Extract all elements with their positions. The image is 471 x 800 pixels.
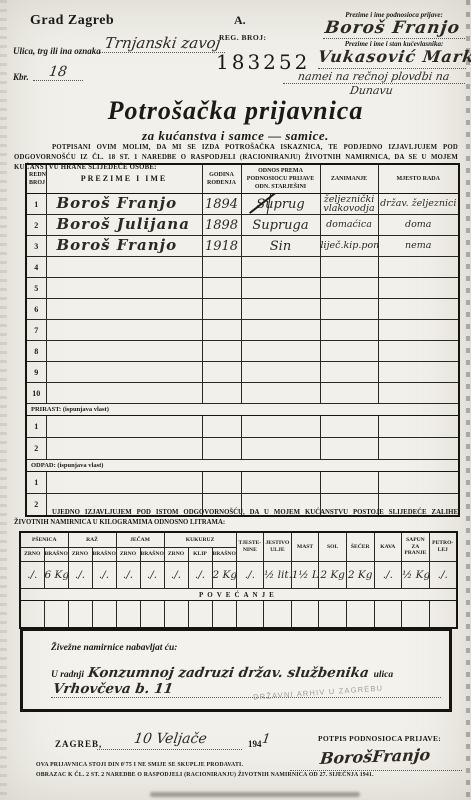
employment-note-line1: namei na rečnoj plovdbi na: [283, 70, 465, 84]
col-sol: SOL: [319, 532, 347, 562]
supply-value: ./.: [147, 569, 157, 581]
supply-value: ./.: [99, 569, 109, 581]
col-kava: KAVA: [374, 532, 402, 562]
shop-street-label: ulica: [374, 670, 394, 680]
food-supplies-table: PŠENICA RAŽ JEČAM KUKURUZ TJESTE- NINE J…: [19, 531, 458, 629]
landlord-name-line: [318, 68, 466, 69]
consumer-registration-form: Grad Zagreb A. REG. BROJ: 183252 Ulica, …: [0, 0, 471, 800]
date-line: [97, 749, 242, 750]
supplies-group-header-row: PŠENICA RAŽ JEČAM KUKURUZ TJESTE- NINE J…: [20, 532, 457, 548]
household-members-table: REDNI BROJ PREZIME I IME GODINA ROĐENJA …: [25, 163, 460, 517]
member-row-7: 7: [26, 320, 459, 341]
group-psenica: PŠENICA: [20, 532, 68, 548]
supply-value: 6 Kg: [45, 569, 69, 581]
povecanje-band: POVEĆANJE: [20, 589, 457, 601]
member-row-10: 10: [26, 383, 459, 404]
signature-handwritten: BorošFranjo: [300, 744, 451, 768]
member-relation-handwritten: Supruga: [252, 218, 308, 233]
landlord-name-handwritten: Vukasović Marko: [318, 47, 466, 66]
member-row-5: 5: [26, 278, 459, 299]
member-relation-handwritten: Sin: [270, 239, 291, 254]
member-relation-handwritten: Suprug: [256, 197, 305, 212]
group-raz: RAŽ: [68, 532, 116, 548]
member-name-handwritten: Boroš Franjo: [47, 194, 202, 212]
supply-value: ./.: [27, 569, 37, 581]
house-number-label: Kbr.: [13, 72, 29, 82]
group-kukuruz: KUKURUZ: [164, 532, 236, 548]
supply-value: ./.: [75, 569, 85, 581]
purchase-box-title: Živežne namirnice nabavljat ću:: [51, 643, 177, 653]
odpad-row-1: 1: [26, 472, 459, 494]
supply-value: ./.: [383, 569, 393, 581]
member-name-handwritten: Boroš Julijana: [47, 215, 202, 233]
member-row-9: 9: [26, 362, 459, 383]
member-name-handwritten: Boroš Franjo: [47, 236, 202, 254]
col-header-zanimanje: ZANIMANJE: [320, 164, 378, 194]
member-row-4: 4: [26, 257, 459, 278]
date-handwritten: 10 Veljače: [100, 731, 240, 747]
city-title: Grad Zagreb: [30, 13, 114, 29]
signature-line: [290, 770, 462, 771]
year-digit-handwritten: 1: [262, 732, 270, 747]
fine-print-regulation: OBRAZAC K ČL. 2 ST. 2 NAREDBE O RASPODJE…: [36, 772, 374, 778]
col-mast: MAST: [291, 532, 319, 562]
supply-value: ./.: [438, 569, 448, 581]
applicant-name-handwritten: Boroš Franjo: [320, 18, 465, 38]
col-tjestenine: TJESTE- NINE: [236, 532, 264, 562]
member-year-handwritten: 1898: [205, 218, 238, 233]
supply-value: 2 Kg: [320, 569, 345, 581]
member-row-8: 8: [26, 341, 459, 362]
col-sapun: SAPUN ZA PRANJE: [402, 532, 430, 562]
supply-value: ½ lit.: [264, 569, 291, 581]
member-occupation-handwritten: liječ.kip.pom.: [321, 241, 378, 251]
member-row-3: 3 Boroš Franjo 1918 Sin liječ.kip.pom. n…: [26, 236, 459, 257]
shop-street-handwritten: Vrhovčeva b. 11: [51, 681, 175, 697]
fine-print-price: OVA PRIJAVNICA STOJI DIN 0'75 I NE SMIJE…: [36, 762, 243, 768]
street-value-handwritten: Trnjanski zavoj: [100, 34, 225, 53]
col-header-redni-broj: REDNI BROJ: [26, 164, 46, 194]
prirast-row-1: 1: [26, 416, 459, 438]
members-header-row: REDNI BROJ PREZIME I IME GODINA ROĐENJA …: [26, 164, 459, 194]
supplies-empty-row: [20, 601, 457, 629]
supply-value: 2 Kg: [213, 569, 237, 581]
supply-value: ./.: [195, 569, 205, 581]
member-workplace-handwritten: nema: [379, 241, 459, 251]
form-subtitle: za kućanstva i samce — samice.: [0, 128, 471, 144]
form-title: Potrošačka prijavnica: [0, 96, 471, 126]
supplies-declaration-paragraph: UJEDNO IZJAVLJUJEM POD ISTOM ODGOVORNOŠĆ…: [14, 508, 458, 528]
col-header-godina: GODINA ROĐENJA: [202, 164, 241, 194]
signature-label: POTPIS PODNOSIOCA PRIJAVE:: [318, 734, 441, 743]
form-section-letter: A.: [234, 13, 246, 28]
prirast-row-2: 2: [26, 438, 459, 460]
reg-number-label: REG. BROJ:: [219, 33, 267, 42]
member-year-handwritten: 1918: [205, 239, 238, 254]
bottom-scan-smudge: [150, 792, 360, 797]
purchase-declaration-box: Živežne namirnice nabavljat ću: U radnji…: [20, 628, 452, 712]
supply-value: ./.: [123, 569, 133, 581]
member-row-1: 1 Boroš Franjo 1894 Suprug željeznički v…: [26, 194, 459, 215]
supply-value: ./.: [171, 569, 181, 581]
street-label: Ulica, trg ili ina oznaka: [13, 46, 101, 56]
house-number-handwritten: 18: [33, 64, 83, 81]
footer-city-label: ZAGREB,: [55, 739, 102, 749]
member-workplace-handwritten: držav. željeznici: [379, 199, 459, 209]
col-header-odnos: ODNOS PREMA PODNOSIOCU PRIJAVE ODN. STAR…: [241, 164, 320, 194]
prirast-band: PRIRAST: (ispunjava vlast): [26, 404, 459, 416]
supply-value: ./.: [245, 569, 255, 581]
member-row-6: 6: [26, 299, 459, 320]
supply-value: ½ Kg: [402, 569, 429, 581]
col-jestivo-ulje: JESTIVO ULJE: [264, 532, 292, 562]
member-occupation-handwritten: željeznički vlakovodja: [321, 195, 378, 214]
member-workplace-handwritten: doma: [379, 220, 459, 230]
purchase-box-line: U radnji Konzumnoj zadruzi držav. službe…: [51, 665, 441, 698]
applicant-name-line: [323, 38, 465, 39]
col-header-prezime-ime: PREZIME I IME: [46, 164, 202, 194]
supply-value: 2 Kg: [348, 569, 373, 581]
member-row-2: 2 Boroš Julijana 1898 Supruga domaćica d…: [26, 215, 459, 236]
col-header-mjesto-rada: MJESTO RADA: [378, 164, 459, 194]
supplies-values-row: ./. 6 Kg ./. ./. ./. ./. ./. ./. 2 Kg ./…: [20, 562, 457, 589]
member-occupation-handwritten: domaćica: [321, 220, 378, 230]
member-year-handwritten: 1894: [205, 197, 238, 212]
supply-value: 1½ Lit.: [292, 569, 319, 581]
year-printed: 194: [248, 739, 262, 749]
group-jecam: JEČAM: [116, 532, 164, 548]
shop-name-handwritten: Konzumnoj zadruzi držav. službenika: [86, 665, 371, 681]
col-secer: ŠEĆER: [346, 532, 374, 562]
odpad-band: ODPAD: (ispunjava vlast): [26, 460, 459, 472]
col-petrolej: PETRO- LEJ: [429, 532, 457, 562]
shop-label: U radnji: [51, 670, 84, 680]
